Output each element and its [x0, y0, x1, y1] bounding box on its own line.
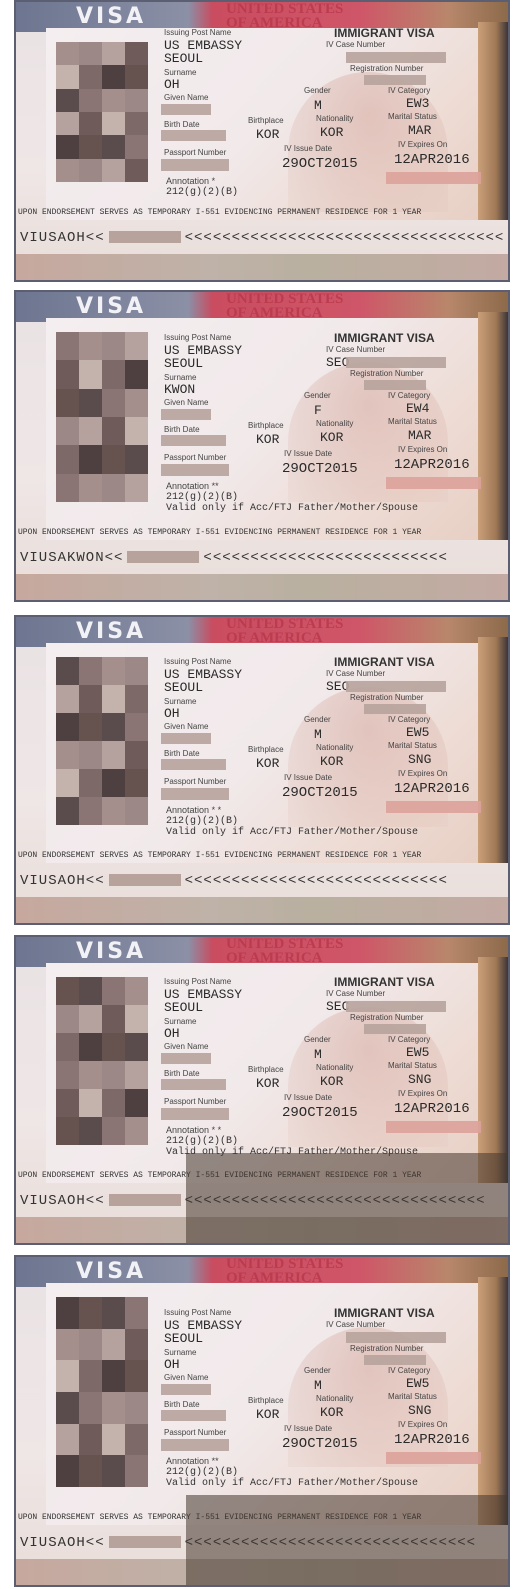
- photo-pixel: [56, 360, 79, 388]
- surname-value: OH: [164, 77, 180, 92]
- iv-category-label: IV Category: [388, 86, 430, 95]
- nationality-label: Nationality: [316, 419, 353, 428]
- visa-title: VISA: [76, 939, 146, 964]
- usa-seal-text: UNITED STATESOF AMERICA: [226, 937, 343, 965]
- passport-number-label: Passport Number: [164, 453, 226, 462]
- photo-pixel: [56, 685, 79, 713]
- issue-date-value: 29OCT2015: [282, 156, 358, 172]
- photo-pixel: [125, 1117, 148, 1145]
- photo-pixel: [79, 713, 102, 741]
- usa-seal-text: UNITED STATESOF AMERICA: [226, 617, 343, 645]
- redacted-birth-date: [161, 1410, 226, 1421]
- issuing-post-label: Issuing Post Name: [164, 1308, 231, 1317]
- photo-pixel: [102, 417, 125, 445]
- photo-pixel: [56, 1297, 79, 1329]
- photo-pixel: [125, 657, 148, 685]
- redacted-registration-number: [364, 1355, 426, 1365]
- photo-pixel: [102, 135, 125, 158]
- photo-pixel: [102, 741, 125, 769]
- gender-value: M: [314, 727, 322, 742]
- photo-pixel: [125, 159, 148, 182]
- photo-pixel: [56, 1360, 79, 1392]
- photo-pixel: [79, 65, 102, 88]
- nationality-label: Nationality: [316, 1394, 353, 1403]
- birthplace-value: KOR: [256, 1407, 279, 1422]
- expires-on-label: IV Expires On: [398, 140, 447, 149]
- nationality-value: KOR: [320, 125, 343, 140]
- redacted-passport-number: [161, 788, 229, 800]
- gender-value: M: [314, 1047, 322, 1062]
- iv-category-value: EW5: [406, 725, 429, 740]
- surname-value: KWON: [164, 382, 195, 397]
- pixelated-photo: [56, 657, 148, 825]
- mrz-line-1: VIUSAOH<<<<<<<<<<<<<<<<<<<<<<<<<<<<<<: [20, 873, 448, 889]
- case-number-label: IV Case Number: [326, 669, 385, 678]
- issuing-city-value: SEOUL: [164, 680, 203, 695]
- photo-pixel: [102, 769, 125, 797]
- iv-category-label: IV Category: [388, 1035, 430, 1044]
- nationality-label: Nationality: [316, 743, 353, 752]
- photo-pixel: [102, 657, 125, 685]
- iv-category-value: EW5: [406, 1376, 429, 1391]
- birth-date-label: Birth Date: [164, 1400, 200, 1409]
- photo-pixel: [125, 977, 148, 1005]
- pixelated-photo: [56, 1297, 148, 1487]
- marital-status-value: SNG: [408, 752, 431, 767]
- registration-number-label: Registration Number: [350, 369, 423, 378]
- photo-pixel: [79, 685, 102, 713]
- gender-value: M: [314, 98, 322, 113]
- annotation-label: Annotation **: [166, 1456, 219, 1466]
- photo-pixel: [102, 42, 125, 65]
- birth-date-label: Birth Date: [164, 1069, 200, 1078]
- photo-pixel: [79, 1329, 102, 1361]
- photo-pixel: [125, 1360, 148, 1392]
- photo-pixel: [79, 474, 102, 502]
- photo-pixel: [79, 1392, 102, 1424]
- issuing-post-label: Issuing Post Name: [164, 977, 231, 986]
- gender-value: M: [314, 1378, 322, 1393]
- endorsement-text: UPON ENDORSEMENT SERVES AS TEMPORARY I-5…: [18, 528, 421, 537]
- issue-date-label: IV Issue Date: [284, 1093, 332, 1102]
- redacted-passport-number: [161, 1108, 229, 1120]
- visa-title: VISA: [76, 1259, 146, 1284]
- birthplace-value: KOR: [256, 1076, 279, 1091]
- photo-pixel: [102, 332, 125, 360]
- photo-pixel: [56, 797, 79, 825]
- redacted-mrz: [109, 1536, 181, 1548]
- photo-pixel: [79, 1033, 102, 1061]
- photo-pixel: [125, 1061, 148, 1089]
- photo-pixel: [79, 89, 102, 112]
- visa-title: VISA: [76, 4, 146, 29]
- photo-pixel: [102, 1089, 125, 1117]
- birth-date-label: Birth Date: [164, 749, 200, 758]
- redacted-birth-date: [161, 759, 226, 770]
- mrz-line-1: VIUSAKWON<<<<<<<<<<<<<<<<<<<<<<<<<<<<: [20, 550, 448, 566]
- redacted-passport-number: [161, 1439, 229, 1451]
- passport-edge: [478, 957, 508, 1183]
- photo-pixel: [102, 1360, 125, 1392]
- nationality-value: KOR: [320, 1405, 343, 1420]
- photo-pixel: [56, 417, 79, 445]
- visa-title: VISA: [76, 619, 146, 644]
- gender-value: F: [314, 403, 322, 418]
- issue-date-value: 29OCT2015: [282, 785, 358, 801]
- redacted-birth-date: [161, 130, 226, 141]
- case-number-label: IV Case Number: [326, 40, 385, 49]
- case-number-label: IV Case Number: [326, 1320, 385, 1329]
- photo-pixel: [125, 135, 148, 158]
- passport-edge: [478, 1277, 508, 1525]
- photo-pixel: [102, 1392, 125, 1424]
- birthplace-label: Birthplace: [248, 1396, 284, 1405]
- passport-edge: [478, 312, 508, 540]
- photo-pixel: [79, 135, 102, 158]
- photo-pixel: [125, 1297, 148, 1329]
- expires-on-label: IV Expires On: [398, 1089, 447, 1098]
- surname-label: Surname: [164, 68, 196, 77]
- photo-pixel: [125, 685, 148, 713]
- photo-pixel: [102, 445, 125, 473]
- redacted-registration-number: [364, 380, 426, 390]
- photo-pixel: [79, 159, 102, 182]
- redacted-case-number: [346, 681, 446, 692]
- expires-on-label: IV Expires On: [398, 1420, 447, 1429]
- usa-seal-text: UNITED STATESOF AMERICA: [226, 2, 343, 30]
- redacted-registration-number: [364, 75, 426, 85]
- nationality-label: Nationality: [316, 1063, 353, 1072]
- photo-pixel: [79, 332, 102, 360]
- photo-pixel: [102, 713, 125, 741]
- photo-pixel: [102, 1455, 125, 1487]
- issuing-post-label: Issuing Post Name: [164, 333, 231, 342]
- photo-pixel: [79, 389, 102, 417]
- photo-pixel: [125, 1424, 148, 1456]
- redacted-visa-number: [386, 477, 481, 489]
- photo-pixel: [79, 1424, 102, 1456]
- photo-pixel: [125, 445, 148, 473]
- issue-date-value: 29OCT2015: [282, 1105, 358, 1121]
- redacted-visa-number: [386, 172, 481, 184]
- photo-pixel: [102, 360, 125, 388]
- photo-pixel: [79, 360, 102, 388]
- photo-pixel: [125, 1392, 148, 1424]
- photo-pixel: [79, 42, 102, 65]
- usa-seal-text: UNITED STATESOF AMERICA: [226, 1257, 343, 1285]
- nationality-value: KOR: [320, 754, 343, 769]
- pixelated-photo: [56, 42, 148, 182]
- birthplace-label: Birthplace: [248, 421, 284, 430]
- photo-pixel: [56, 89, 79, 112]
- case-number-label: IV Case Number: [326, 989, 385, 998]
- redacted-birth-date: [161, 435, 226, 446]
- annotation-label: Annotation * *: [166, 1125, 221, 1135]
- hand-shadow: [186, 1495, 508, 1585]
- visa-card: VISA UNITED STATESOF AMERICA IMMIGRANT V…: [14, 290, 510, 602]
- redacted-given-name: [161, 1384, 211, 1395]
- expires-on-value: 12APR2016: [394, 152, 470, 168]
- passport-number-label: Passport Number: [164, 777, 226, 786]
- pixelated-photo: [56, 332, 148, 502]
- photo-pixel: [56, 741, 79, 769]
- birthplace-value: KOR: [256, 432, 279, 447]
- birthplace-value: KOR: [256, 127, 279, 142]
- redacted-mrz: [109, 231, 181, 243]
- surname-label: Surname: [164, 1017, 196, 1026]
- photo-pixel: [102, 797, 125, 825]
- photo-pixel: [102, 977, 125, 1005]
- photo-pixel: [56, 65, 79, 88]
- marital-status-label: Marital Status: [388, 417, 437, 426]
- gender-label: Gender: [304, 86, 331, 95]
- photo-pixel: [125, 474, 148, 502]
- given-name-label: Given Name: [164, 1042, 208, 1051]
- iv-category-label: IV Category: [388, 1366, 430, 1375]
- nationality-label: Nationality: [316, 114, 353, 123]
- surname-value: OH: [164, 1026, 180, 1041]
- photo-pixel: [79, 417, 102, 445]
- redacted-given-name: [161, 104, 211, 115]
- immigrant-visa-heading: IMMIGRANT VISA: [334, 655, 435, 669]
- birthplace-label: Birthplace: [248, 745, 284, 754]
- visa-card: VISA UNITED STATESOF AMERICA IMMIGRANT V…: [14, 935, 510, 1245]
- surname-value: OH: [164, 706, 180, 721]
- photo-pixel: [56, 977, 79, 1005]
- photo-pixel: [102, 1005, 125, 1033]
- photo-pixel: [125, 769, 148, 797]
- marital-status-label: Marital Status: [388, 1061, 437, 1070]
- gender-label: Gender: [304, 1035, 331, 1044]
- marital-status-value: SNG: [408, 1403, 431, 1418]
- given-name-label: Given Name: [164, 1373, 208, 1382]
- photo-pixel: [56, 769, 79, 797]
- photo-pixel: [125, 1005, 148, 1033]
- redacted-given-name: [161, 1053, 211, 1064]
- redacted-registration-number: [364, 1024, 426, 1034]
- photo-pixel: [125, 1455, 148, 1487]
- visa-card: VISA UNITED STATESOF AMERICA IMMIGRANT V…: [14, 1255, 510, 1587]
- annotation-label: Annotation **: [166, 481, 219, 491]
- registration-number-label: Registration Number: [350, 64, 423, 73]
- photo-pixel: [125, 389, 148, 417]
- surname-value: OH: [164, 1357, 180, 1372]
- photo-pixel: [125, 42, 148, 65]
- case-number-label: IV Case Number: [326, 345, 385, 354]
- redacted-mrz: [109, 1194, 181, 1206]
- photo-pixel: [56, 42, 79, 65]
- photo-pixel: [102, 685, 125, 713]
- redacted-passport-number: [161, 159, 229, 171]
- redacted-mrz: [109, 874, 181, 886]
- issuing-city-value: SEOUL: [164, 1331, 203, 1346]
- redacted-mrz-line-2: [16, 254, 508, 280]
- issue-date-label: IV Issue Date: [284, 1424, 332, 1433]
- photo-pixel: [79, 977, 102, 1005]
- marital-status-label: Marital Status: [388, 741, 437, 750]
- redacted-case-number: [346, 1001, 446, 1012]
- redacted-given-name: [161, 409, 211, 420]
- photo-pixel: [125, 1329, 148, 1361]
- expires-on-value: 12APR2016: [394, 1432, 470, 1448]
- redacted-mrz-line-2: [16, 574, 508, 600]
- expires-on-label: IV Expires On: [398, 769, 447, 778]
- photo-pixel: [56, 1117, 79, 1145]
- photo-pixel: [125, 65, 148, 88]
- photo-pixel: [79, 769, 102, 797]
- issuing-post-label: Issuing Post Name: [164, 28, 231, 37]
- photo-pixel: [125, 1089, 148, 1117]
- usa-seal-text: UNITED STATESOF AMERICA: [226, 292, 343, 320]
- photo-pixel: [79, 112, 102, 135]
- redacted-visa-number: [386, 1121, 481, 1133]
- photo-pixel: [56, 1392, 79, 1424]
- issuing-city-value: SEOUL: [164, 1000, 203, 1015]
- redacted-case-number: [346, 357, 446, 368]
- photo-pixel: [125, 797, 148, 825]
- iv-category-value: EW5: [406, 1045, 429, 1060]
- iv-category-label: IV Category: [388, 715, 430, 724]
- expires-on-value: 12APR2016: [394, 1101, 470, 1117]
- redacted-mrz: [127, 551, 199, 563]
- photo-pixel: [79, 1360, 102, 1392]
- photo-pixel: [79, 445, 102, 473]
- marital-status-value: MAR: [408, 428, 431, 443]
- gender-label: Gender: [304, 1366, 331, 1375]
- given-name-label: Given Name: [164, 398, 208, 407]
- photo-pixel: [102, 159, 125, 182]
- photo-pixel: [125, 112, 148, 135]
- photo-pixel: [125, 360, 148, 388]
- photo-pixel: [102, 1033, 125, 1061]
- photo-pixel: [79, 1061, 102, 1089]
- issuing-city-value: SEOUL: [164, 356, 203, 371]
- nationality-value: KOR: [320, 430, 343, 445]
- photo-pixel: [56, 1455, 79, 1487]
- iv-category-value: EW3: [406, 96, 429, 111]
- photo-pixel: [79, 657, 102, 685]
- photo-pixel: [56, 1005, 79, 1033]
- redacted-case-number: [346, 52, 446, 63]
- redacted-given-name: [161, 733, 211, 744]
- photo-pixel: [79, 1089, 102, 1117]
- gender-label: Gender: [304, 715, 331, 724]
- photo-pixel: [56, 1424, 79, 1456]
- redacted-visa-number: [386, 801, 481, 813]
- photo-pixel: [79, 1297, 102, 1329]
- marital-status-value: SNG: [408, 1072, 431, 1087]
- iv-category-label: IV Category: [388, 391, 430, 400]
- issue-date-label: IV Issue Date: [284, 449, 332, 458]
- iv-category-value: EW4: [406, 401, 429, 416]
- registration-number-label: Registration Number: [350, 1013, 423, 1022]
- photo-pixel: [125, 713, 148, 741]
- photo-pixel: [56, 1061, 79, 1089]
- annotation-text: 212(g)(2)(B)Valid only if Acc/FTJ Father…: [166, 1467, 418, 1489]
- surname-label: Surname: [164, 697, 196, 706]
- annotation-text: 212(g)(2)(B): [166, 187, 238, 198]
- photo-pixel: [102, 65, 125, 88]
- visa-card: VISA UNITED STATESOF AMERICA IMMIGRANT V…: [14, 615, 510, 925]
- issue-date-value: 29OCT2015: [282, 461, 358, 477]
- annotation-label: Annotation *: [166, 176, 215, 186]
- immigrant-visa-heading: IMMIGRANT VISA: [334, 26, 435, 40]
- photo-pixel: [102, 89, 125, 112]
- photo-pixel: [79, 1455, 102, 1487]
- photo-pixel: [56, 1089, 79, 1117]
- issuing-post-label: Issuing Post Name: [164, 657, 231, 666]
- photo-pixel: [56, 389, 79, 417]
- photo-pixel: [56, 474, 79, 502]
- photo-pixel: [102, 112, 125, 135]
- annotation-label: Annotation * *: [166, 805, 221, 815]
- gender-label: Gender: [304, 391, 331, 400]
- nationality-value: KOR: [320, 1074, 343, 1089]
- photo-pixel: [56, 159, 79, 182]
- photo-pixel: [56, 1329, 79, 1361]
- visa-title: VISA: [76, 294, 146, 319]
- photo-pixel: [79, 1005, 102, 1033]
- photo-pixel: [79, 741, 102, 769]
- issue-date-value: 29OCT2015: [282, 1436, 358, 1452]
- surname-label: Surname: [164, 373, 196, 382]
- marital-status-label: Marital Status: [388, 112, 437, 121]
- photo-pixel: [56, 657, 79, 685]
- photo-pixel: [102, 389, 125, 417]
- redacted-mrz-line-2: [16, 897, 508, 923]
- photo-pixel: [125, 1033, 148, 1061]
- passport-edge: [478, 637, 508, 863]
- birth-date-label: Birth Date: [164, 120, 200, 129]
- photo-pixel: [56, 1033, 79, 1061]
- birthplace-value: KOR: [256, 756, 279, 771]
- photo-pixel: [125, 332, 148, 360]
- immigrant-visa-heading: IMMIGRANT VISA: [334, 975, 435, 989]
- endorsement-text: UPON ENDORSEMENT SERVES AS TEMPORARY I-5…: [18, 208, 421, 217]
- visa-card: VISA UNITED STATESOF AMERICA IMMIGRANT V…: [14, 0, 510, 282]
- registration-number-label: Registration Number: [350, 693, 423, 702]
- photo-pixel: [56, 135, 79, 158]
- mrz-line-1: VIUSAOH<<<<<<<<<<<<<<<<<<<<<<<<<<<<<<<<<…: [20, 230, 504, 246]
- redacted-passport-number: [161, 464, 229, 476]
- registration-number-label: Registration Number: [350, 1344, 423, 1353]
- photo-pixel: [125, 89, 148, 112]
- issue-date-label: IV Issue Date: [284, 773, 332, 782]
- photo-pixel: [102, 474, 125, 502]
- photo-pixel: [56, 112, 79, 135]
- photo-pixel: [102, 1329, 125, 1361]
- redacted-visa-number: [386, 1452, 481, 1464]
- marital-status-value: MAR: [408, 123, 431, 138]
- passport-edge: [478, 22, 508, 220]
- surname-label: Surname: [164, 1348, 196, 1357]
- immigrant-visa-heading: IMMIGRANT VISA: [334, 1306, 435, 1320]
- birth-date-label: Birth Date: [164, 425, 200, 434]
- issue-date-label: IV Issue Date: [284, 144, 332, 153]
- photo-pixel: [56, 713, 79, 741]
- passport-number-label: Passport Number: [164, 1097, 226, 1106]
- pixelated-photo: [56, 977, 148, 1145]
- passport-number-label: Passport Number: [164, 148, 226, 157]
- photo-pixel: [102, 1117, 125, 1145]
- photo-pixel: [79, 1117, 102, 1145]
- given-name-label: Given Name: [164, 93, 208, 102]
- annotation-text: 212(g)(2)(B)Valid only if Acc/FTJ Father…: [166, 816, 418, 838]
- redacted-registration-number: [364, 704, 426, 714]
- given-name-label: Given Name: [164, 722, 208, 731]
- expires-on-value: 12APR2016: [394, 781, 470, 797]
- birthplace-label: Birthplace: [248, 116, 284, 125]
